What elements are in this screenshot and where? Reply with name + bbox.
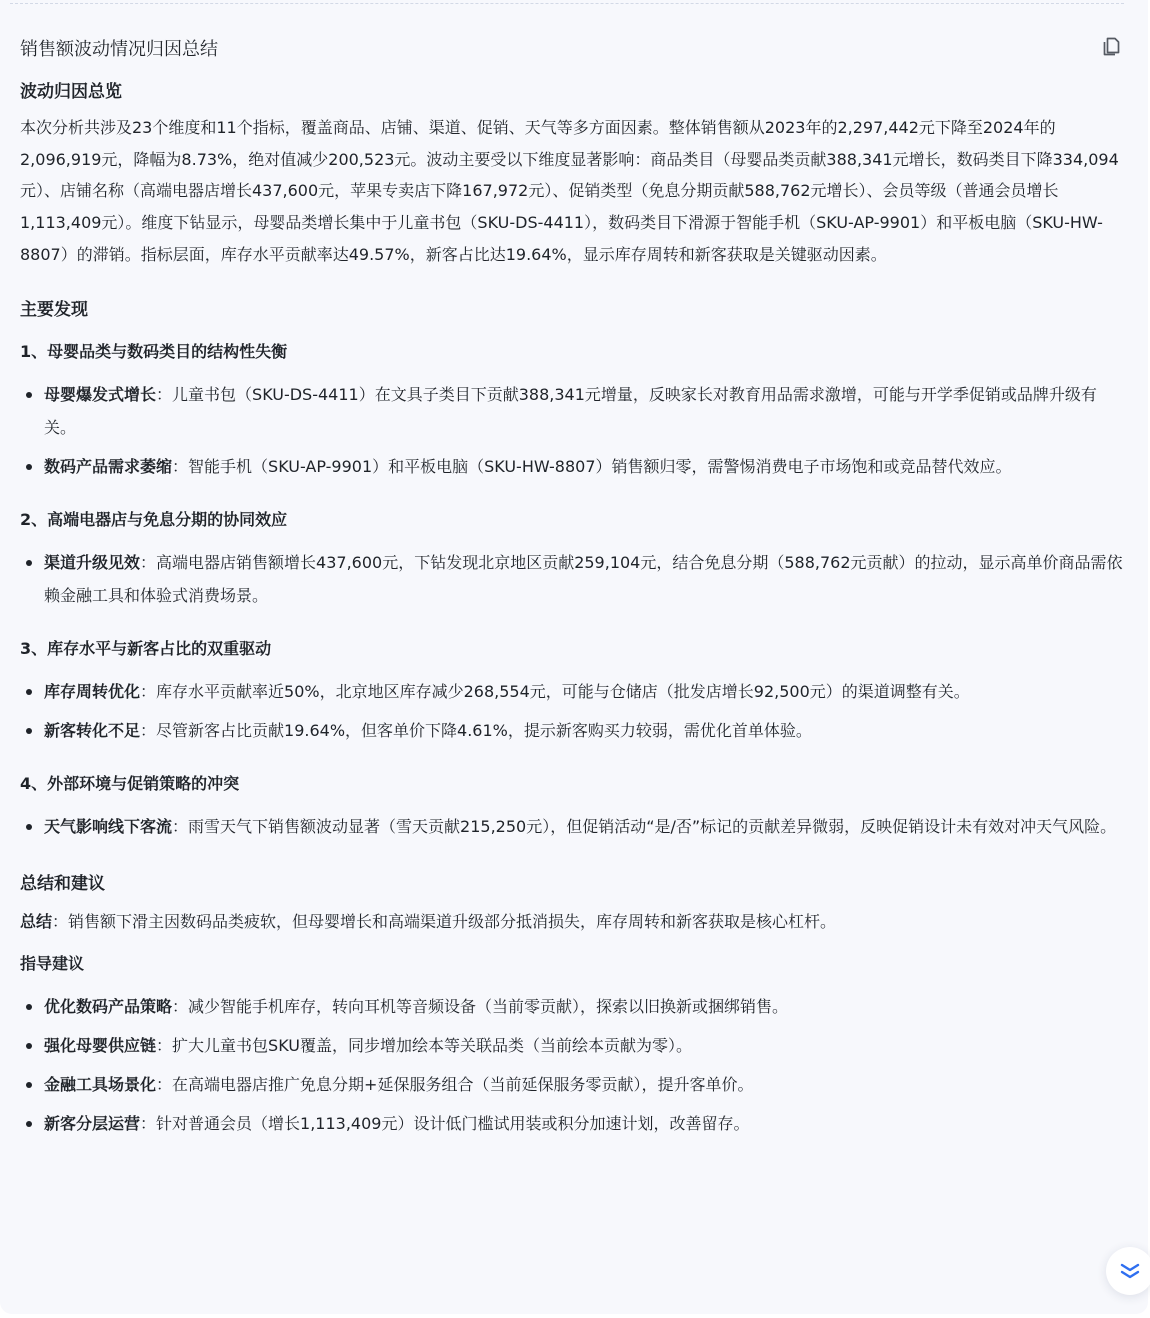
double-chevron-down-icon [1119,1261,1141,1281]
recommendation-item: 优化数码产品策略：减少智能手机库存，转向耳机等音频设备（当前零贡献），探索以旧换… [20,990,1125,1023]
finding-item: 库存周转优化：库存水平贡献率近50%，北京地区库存减少268,554元，可能与仓… [20,675,1125,708]
summary-lead: 总结 [20,912,52,931]
separator: ： [156,385,172,404]
recommendation-item: 金融工具场景化：在高端电器店推广免息分期+延保服务组合（当前延保服务零贡献），提… [20,1068,1125,1101]
separator: ： [52,912,68,931]
finding-list: 库存周转优化：库存水平贡献率近50%，北京地区库存减少268,554元，可能与仓… [20,675,1125,747]
separator: ： [156,1075,172,1094]
recommendation-text: 针对普通会员（增长1,113,409元）设计低门槛试用装或积分加速计划，改善留存… [156,1114,749,1133]
finding-lead: 数码产品需求萎缩 [44,457,172,476]
recommendation-item: 新客分层运营：针对普通会员（增长1,113,409元）设计低门槛试用装或积分加速… [20,1107,1125,1140]
finding-text: 雨雪天气下销售额波动显著（雪天贡献215,250元），但促销活动“是/否”标记的… [188,817,1116,836]
recommendation-lead: 强化母婴供应链 [44,1036,156,1055]
finding-list: 渠道升级见效：高端电器店销售额增长437,600元，下钻发现北京地区贡献259,… [20,546,1125,612]
finding-lead: 库存周转优化 [44,682,140,701]
overview-heading: 波动归因总览 [20,77,1125,102]
finding-text: 高端电器店销售额增长437,600元，下钻发现北京地区贡献259,104元，结合… [44,553,1123,605]
separator: ： [156,1036,172,1055]
separator: ： [140,1114,156,1133]
finding-list: 母婴爆发式增长：儿童书包（SKU-DS-4411）在文具子类目下贡献388,34… [20,378,1125,483]
recommendation-text: 减少智能手机库存，转向耳机等音频设备（当前零贡献），探索以旧换新或捆绑销售。 [188,997,788,1016]
separator: ： [172,457,188,476]
separator: ： [140,721,156,740]
finding-lead: 新客转化不足 [44,721,140,740]
dashed-divider [10,3,1124,4]
finding-item: 新客转化不足：尽管新客占比贡献19.64%，但客单价下降4.61%，提示新客购买… [20,714,1125,747]
finding-text: 库存水平贡献率近50%，北京地区库存减少268,554元，可能与仓储店（批发店增… [156,682,970,701]
finding-lead: 渠道升级见效 [44,553,140,572]
finding-text: 儿童书包（SKU-DS-4411）在文具子类目下贡献388,341元增量，反映家… [44,385,1097,437]
finding-list: 天气影响线下客流：雨雪天气下销售额波动显著（雪天贡献215,250元），但促销活… [20,810,1125,843]
finding-item: 母婴爆发式增长：儿童书包（SKU-DS-4411）在文具子类目下贡献388,34… [20,378,1125,444]
recommendation-text: 扩大儿童书包SKU覆盖，同步增加绘本等关联品类（当前绘本贡献为零）。 [172,1036,692,1055]
finding-text: 尽管新客占比贡献19.64%，但客单价下降4.61%，提示新客购买力较弱，需优化… [156,721,812,740]
finding-lead: 母婴爆发式增长 [44,385,156,404]
guidance-heading: 指导建议 [20,951,1125,974]
finding-group-title: 2、高端电器店与免息分期的协同效应 [20,507,1125,530]
overview-paragraph: 本次分析共涉及23个维度和11个指标，覆盖商品、店铺、渠道、促销、天气等多方面因… [20,112,1125,271]
finding-text: 智能手机（SKU-AP-9901）和平板电脑（SKU-HW-8807）销售额归零… [188,457,1012,476]
document-title: 销售额波动情况归因总结 [20,35,218,61]
conclusion-heading: 总结和建议 [20,869,1125,894]
scroll-to-bottom-button[interactable] [1106,1247,1150,1295]
recommendation-item: 强化母婴供应链：扩大儿童书包SKU覆盖，同步增加绘本等关联品类（当前绘本贡献为零… [20,1029,1125,1062]
findings-heading: 主要发现 [20,295,1125,320]
finding-lead: 天气影响线下客流 [44,817,172,836]
recommendation-lead: 金融工具场景化 [44,1075,156,1094]
separator: ： [140,682,156,701]
finding-group-title: 3、库存水平与新客占比的双重驱动 [20,636,1125,659]
recommendation-lead: 新客分层运营 [44,1114,140,1133]
summary-text: 销售额下滑主因数码品类疲软，但母婴增长和高端渠道升级部分抵消损失，库存周转和新客… [68,912,836,931]
recommendation-text: 在高端电器店推广免息分期+延保服务组合（当前延保服务零贡献），提升客单价。 [172,1075,753,1094]
finding-item: 天气影响线下客流：雨雪天气下销售额波动显著（雪天贡献215,250元），但促销活… [20,810,1125,843]
finding-group-title: 4、外部环境与促销策略的冲突 [20,771,1125,794]
copy-icon [1100,36,1122,58]
finding-item: 数码产品需求萎缩：智能手机（SKU-AP-9901）和平板电脑（SKU-HW-8… [20,450,1125,483]
separator: ： [140,553,156,572]
recommendation-list: 优化数码产品策略：减少智能手机库存，转向耳机等音频设备（当前零贡献），探索以旧换… [20,990,1125,1140]
finding-group-title: 1、母婴品类与数码类目的结构性失衡 [20,339,1125,362]
summary-paragraph: 总结：销售额下滑主因数码品类疲软，但母婴增长和高端渠道升级部分抵消损失，库存周转… [20,906,1125,938]
copy-button[interactable] [1099,35,1123,59]
finding-item: 渠道升级见效：高端电器店销售额增长437,600元，下钻发现北京地区贡献259,… [20,546,1125,612]
summary-panel: 销售额波动情况归因总结 波动归因总览 本次分析共涉及23个维度和11个指标，覆盖… [0,0,1148,1314]
recommendation-lead: 优化数码产品策略 [44,997,172,1016]
summary-content: 销售额波动情况归因总结 波动归因总览 本次分析共涉及23个维度和11个指标，覆盖… [20,30,1125,1140]
separator: ： [172,817,188,836]
title-row: 销售额波动情况归因总结 [20,30,1125,66]
separator: ： [172,997,188,1016]
